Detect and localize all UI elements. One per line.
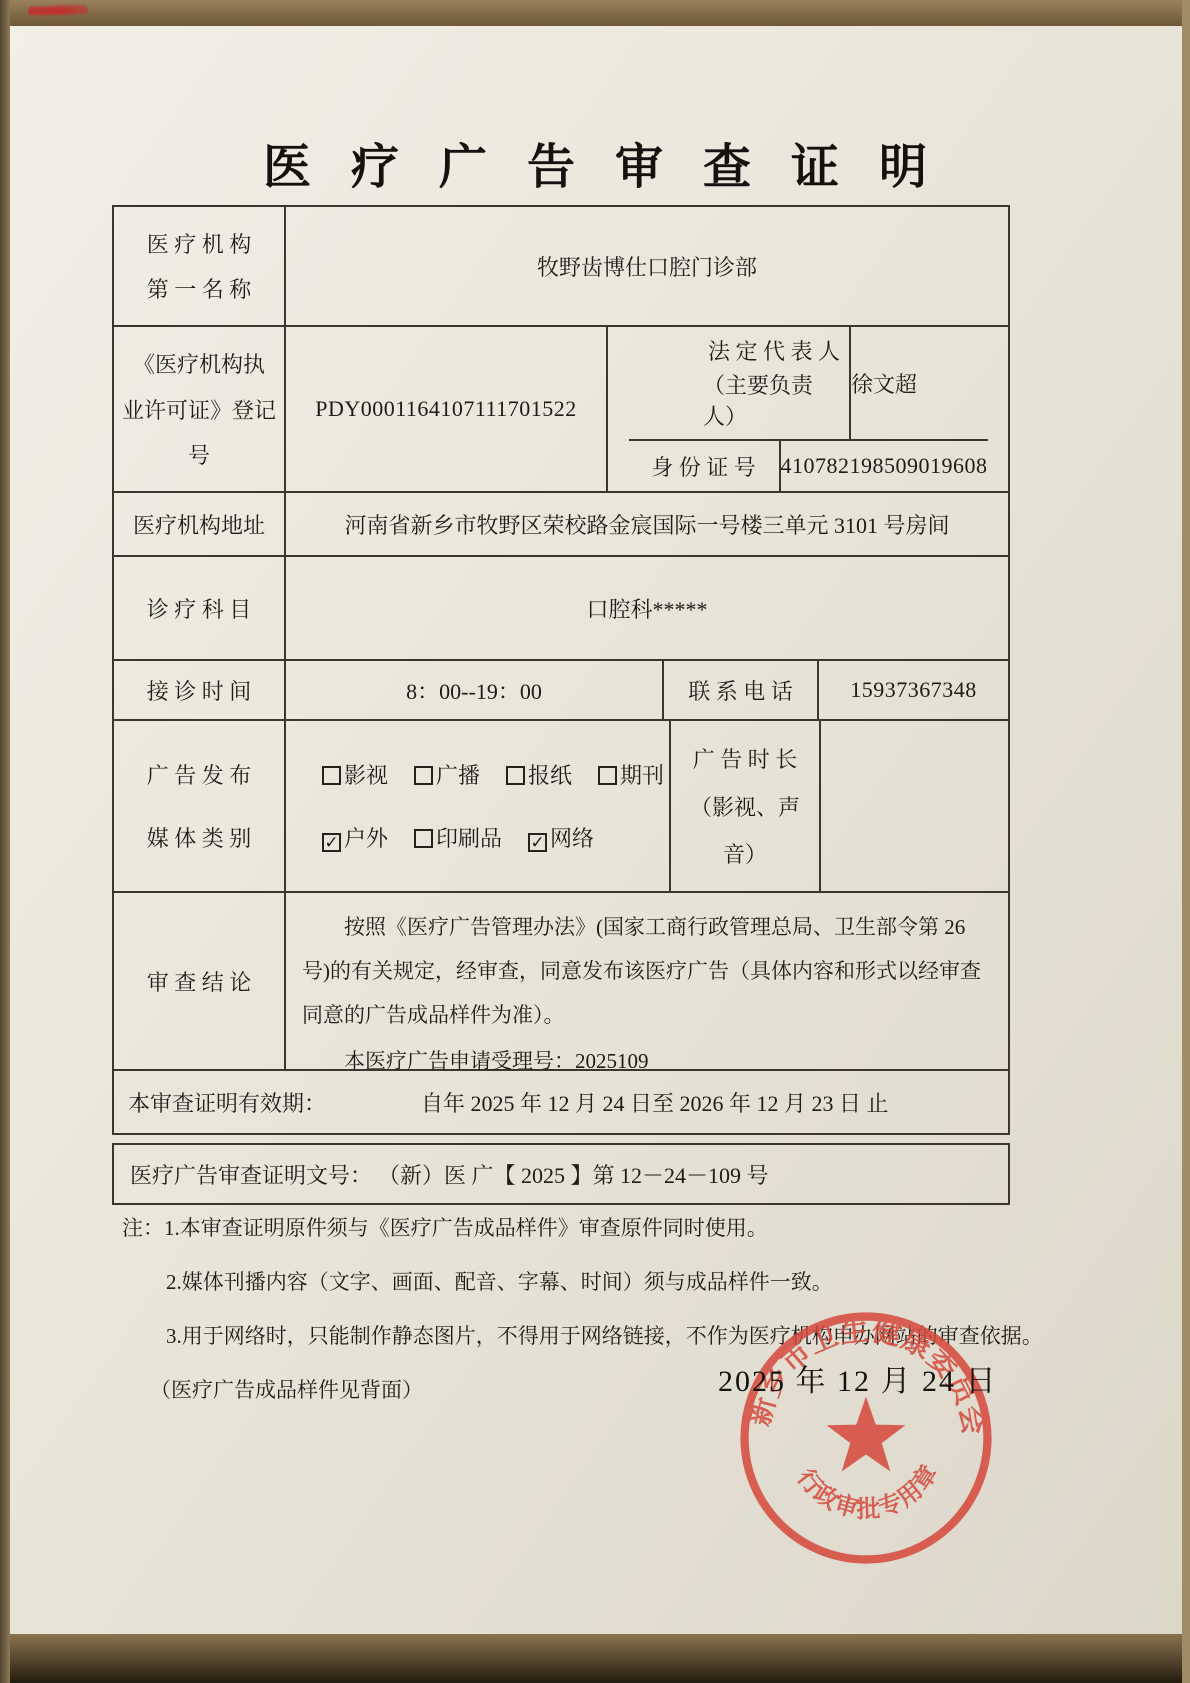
media-types-label-line1: 广 告 发 布 bbox=[147, 759, 252, 790]
id-number-label: 身 份 证 号 bbox=[629, 441, 779, 491]
unchecked-checkbox-icon bbox=[414, 829, 433, 848]
media-option-label: 网络 bbox=[550, 826, 594, 851]
unchecked-checkbox-icon bbox=[506, 766, 525, 785]
duration-value-empty bbox=[819, 721, 1008, 891]
duration-label-line2: （影视、声 bbox=[690, 791, 800, 822]
legal-rep-label-line1: 法 定 代 表 人 bbox=[708, 335, 840, 366]
media-option-label: 影视 bbox=[344, 763, 388, 788]
hours-value: 8：00--19：00 bbox=[284, 661, 662, 719]
checked-checkbox-icon: ✓ bbox=[322, 833, 341, 852]
validity-label: 本审查证明有效期： bbox=[128, 1087, 326, 1118]
license-label: 《医疗机构执 业许可证》登记 号 bbox=[114, 327, 284, 491]
unchecked-checkbox-icon bbox=[322, 766, 341, 785]
row-id-number: 身 份 证 号 410782198509019608 bbox=[629, 439, 988, 491]
row-hours-phone: 接 诊 时 间 8：00--19：00 联 系 电 话 15937367348 bbox=[114, 659, 1008, 719]
media-option: 影视 bbox=[322, 759, 388, 790]
doc-number-value: （新）医 广【 2025 】第 12－24－109 号 bbox=[378, 1159, 769, 1190]
media-option-label: 户外 bbox=[344, 826, 388, 851]
row-conclusion: 审 查 结 论 按照《医疗广告管理办法》(国家工商行政管理总局、卫生部令第 26… bbox=[114, 891, 1008, 1069]
media-option: 期刊 bbox=[598, 759, 664, 790]
org-name-value: 牧野齿博仕口腔门诊部 bbox=[284, 207, 1008, 325]
svg-text:行政审批专用章: 行政审批专用章 bbox=[792, 1459, 944, 1523]
conclusion-case-number: 本医疗广告申请受理号：2025109 bbox=[302, 1039, 992, 1083]
media-options-line1: 影视广播报纸期刊 bbox=[322, 759, 664, 790]
departments-value: 口腔科***** bbox=[284, 557, 1008, 659]
media-options-line2: ✓户外印刷品✓网络 bbox=[322, 822, 594, 853]
media-types-label: 广 告 发 布 媒 体 类 别 bbox=[114, 721, 284, 891]
media-option-label: 广播 bbox=[436, 763, 480, 788]
media-option: 广播 bbox=[414, 759, 480, 790]
note-1: 注：1.本审查证明原件须与《医疗广告成品样件》审查原件同时使用。 bbox=[122, 1212, 1072, 1242]
photo-edge-top bbox=[0, 0, 1190, 26]
legal-rep-name: 徐文超 bbox=[849, 327, 917, 439]
conclusion-text: 按照《医疗广告管理办法》(国家工商行政管理总局、卫生部令第 26 号)的有关规定… bbox=[302, 905, 992, 1037]
license-label-line3: 号 bbox=[188, 439, 210, 470]
media-types-label-line2: 媒 体 类 别 bbox=[147, 822, 252, 853]
media-option: 报纸 bbox=[506, 759, 572, 790]
checked-checkbox-icon: ✓ bbox=[528, 833, 547, 852]
address-label: 医疗机构地址 bbox=[114, 493, 284, 555]
row-license: 《医疗机构执 业许可证》登记 号 PDY0001164107111701522 … bbox=[114, 325, 1008, 491]
media-option: ✓户外 bbox=[322, 822, 388, 853]
license-label-line2: 业许可证》登记 bbox=[122, 394, 276, 425]
media-option: 印刷品 bbox=[414, 822, 502, 853]
license-number: PDY0001164107111701522 bbox=[284, 327, 606, 491]
row-departments: 诊 疗 科 目 口腔科***** bbox=[114, 555, 1008, 659]
media-option: ✓网络 bbox=[528, 822, 594, 853]
phone-value: 15937367348 bbox=[817, 661, 1008, 719]
org-name-label-line2: 第 一 名 称 bbox=[147, 273, 252, 304]
legal-rep-label: 法 定 代 表 人 （主要负责人） bbox=[699, 327, 849, 439]
photo-edge-left bbox=[0, 0, 10, 1683]
media-options: 影视广播报纸期刊 ✓户外印刷品✓网络 bbox=[284, 721, 669, 891]
media-option-label: 期刊 bbox=[620, 763, 664, 788]
validity-value: 自年 2025 年 12 月 24 日至 2026 年 12 月 23 日 止 bbox=[421, 1087, 889, 1118]
photo-edge-bottom bbox=[0, 1634, 1190, 1683]
photo-edge-right bbox=[1182, 0, 1190, 1683]
org-name-label: 医 疗 机 构 第 一 名 称 bbox=[114, 207, 284, 325]
media-option-label: 报纸 bbox=[528, 763, 572, 788]
official-stamp: 新乡市卫生健康委员会 行政审批专用章 bbox=[728, 1300, 1004, 1576]
duration-label-line1: 广 告 时 长 bbox=[693, 743, 798, 774]
conclusion-label: 审 查 结 论 bbox=[114, 893, 284, 1069]
address-value: 河南省新乡市牧野区荣校路金宸国际一号楼三单元 3101 号房间 bbox=[284, 493, 1008, 555]
document-title: 医疗广告审查证明 bbox=[0, 128, 1190, 197]
conclusion-body: 按照《医疗广告管理办法》(国家工商行政管理总局、卫生部令第 26 号)的有关规定… bbox=[284, 893, 1008, 1069]
unchecked-checkbox-icon bbox=[598, 766, 617, 785]
org-name-label-line1: 医 疗 机 构 bbox=[147, 228, 252, 259]
stamp-star-icon bbox=[827, 1397, 906, 1472]
row-org-name: 医 疗 机 构 第 一 名 称 牧野齿博仕口腔门诊部 bbox=[114, 207, 1008, 325]
stamp-bottom-text: 行政审批专用章 bbox=[792, 1459, 944, 1523]
certificate-table: 医 疗 机 构 第 一 名 称 牧野齿博仕口腔门诊部 《医疗机构执 业许可证》登… bbox=[112, 205, 1010, 1135]
media-option-label: 印刷品 bbox=[436, 826, 502, 851]
row-address: 医疗机构地址 河南省新乡市牧野区荣校路金宸国际一号楼三单元 3101 号房间 bbox=[114, 491, 1008, 555]
duration-label: 广 告 时 长 （影视、声 音） bbox=[669, 721, 819, 891]
row-legal-rep: 法 定 代 表 人 （主要负责人） 徐文超 bbox=[699, 327, 917, 439]
duration-label-line3: 音） bbox=[723, 838, 767, 869]
unchecked-checkbox-icon bbox=[414, 766, 433, 785]
row-media-types: 广 告 发 布 媒 体 类 别 影视广播报纸期刊 ✓户外印刷品✓网络 广 告 时… bbox=[114, 719, 1008, 891]
red-ink-artifact bbox=[28, 4, 88, 18]
row-doc-number: 医疗广告审查证明文号： （新）医 广【 2025 】第 12－24－109 号 bbox=[112, 1143, 1010, 1205]
hours-label: 接 诊 时 间 bbox=[114, 661, 284, 719]
legal-rep-label-line2: （主要负责人） bbox=[703, 369, 845, 431]
departments-label: 诊 疗 科 目 bbox=[114, 557, 284, 659]
note-2: 2.媒体刊播内容（文字、画面、配音、字幕、时间）须与成品样件一致。 bbox=[122, 1266, 1072, 1296]
phone-label: 联 系 电 话 bbox=[662, 661, 817, 719]
doc-number-label: 医疗广告审查证明文号： bbox=[130, 1159, 372, 1190]
scanned-certificate-page: { "title": "医疗广告审查证明", "cert": { "org_la… bbox=[0, 0, 1190, 1683]
license-label-line1: 《医疗机构执 bbox=[133, 348, 265, 379]
legal-and-id-block: 法 定 代 表 人 （主要负责人） 徐文超 身 份 证 号 4107821985… bbox=[606, 327, 1008, 491]
id-number-value: 410782198509019608 bbox=[779, 441, 988, 491]
issue-date: 2025 年 12 月 24 日 bbox=[718, 1356, 998, 1400]
